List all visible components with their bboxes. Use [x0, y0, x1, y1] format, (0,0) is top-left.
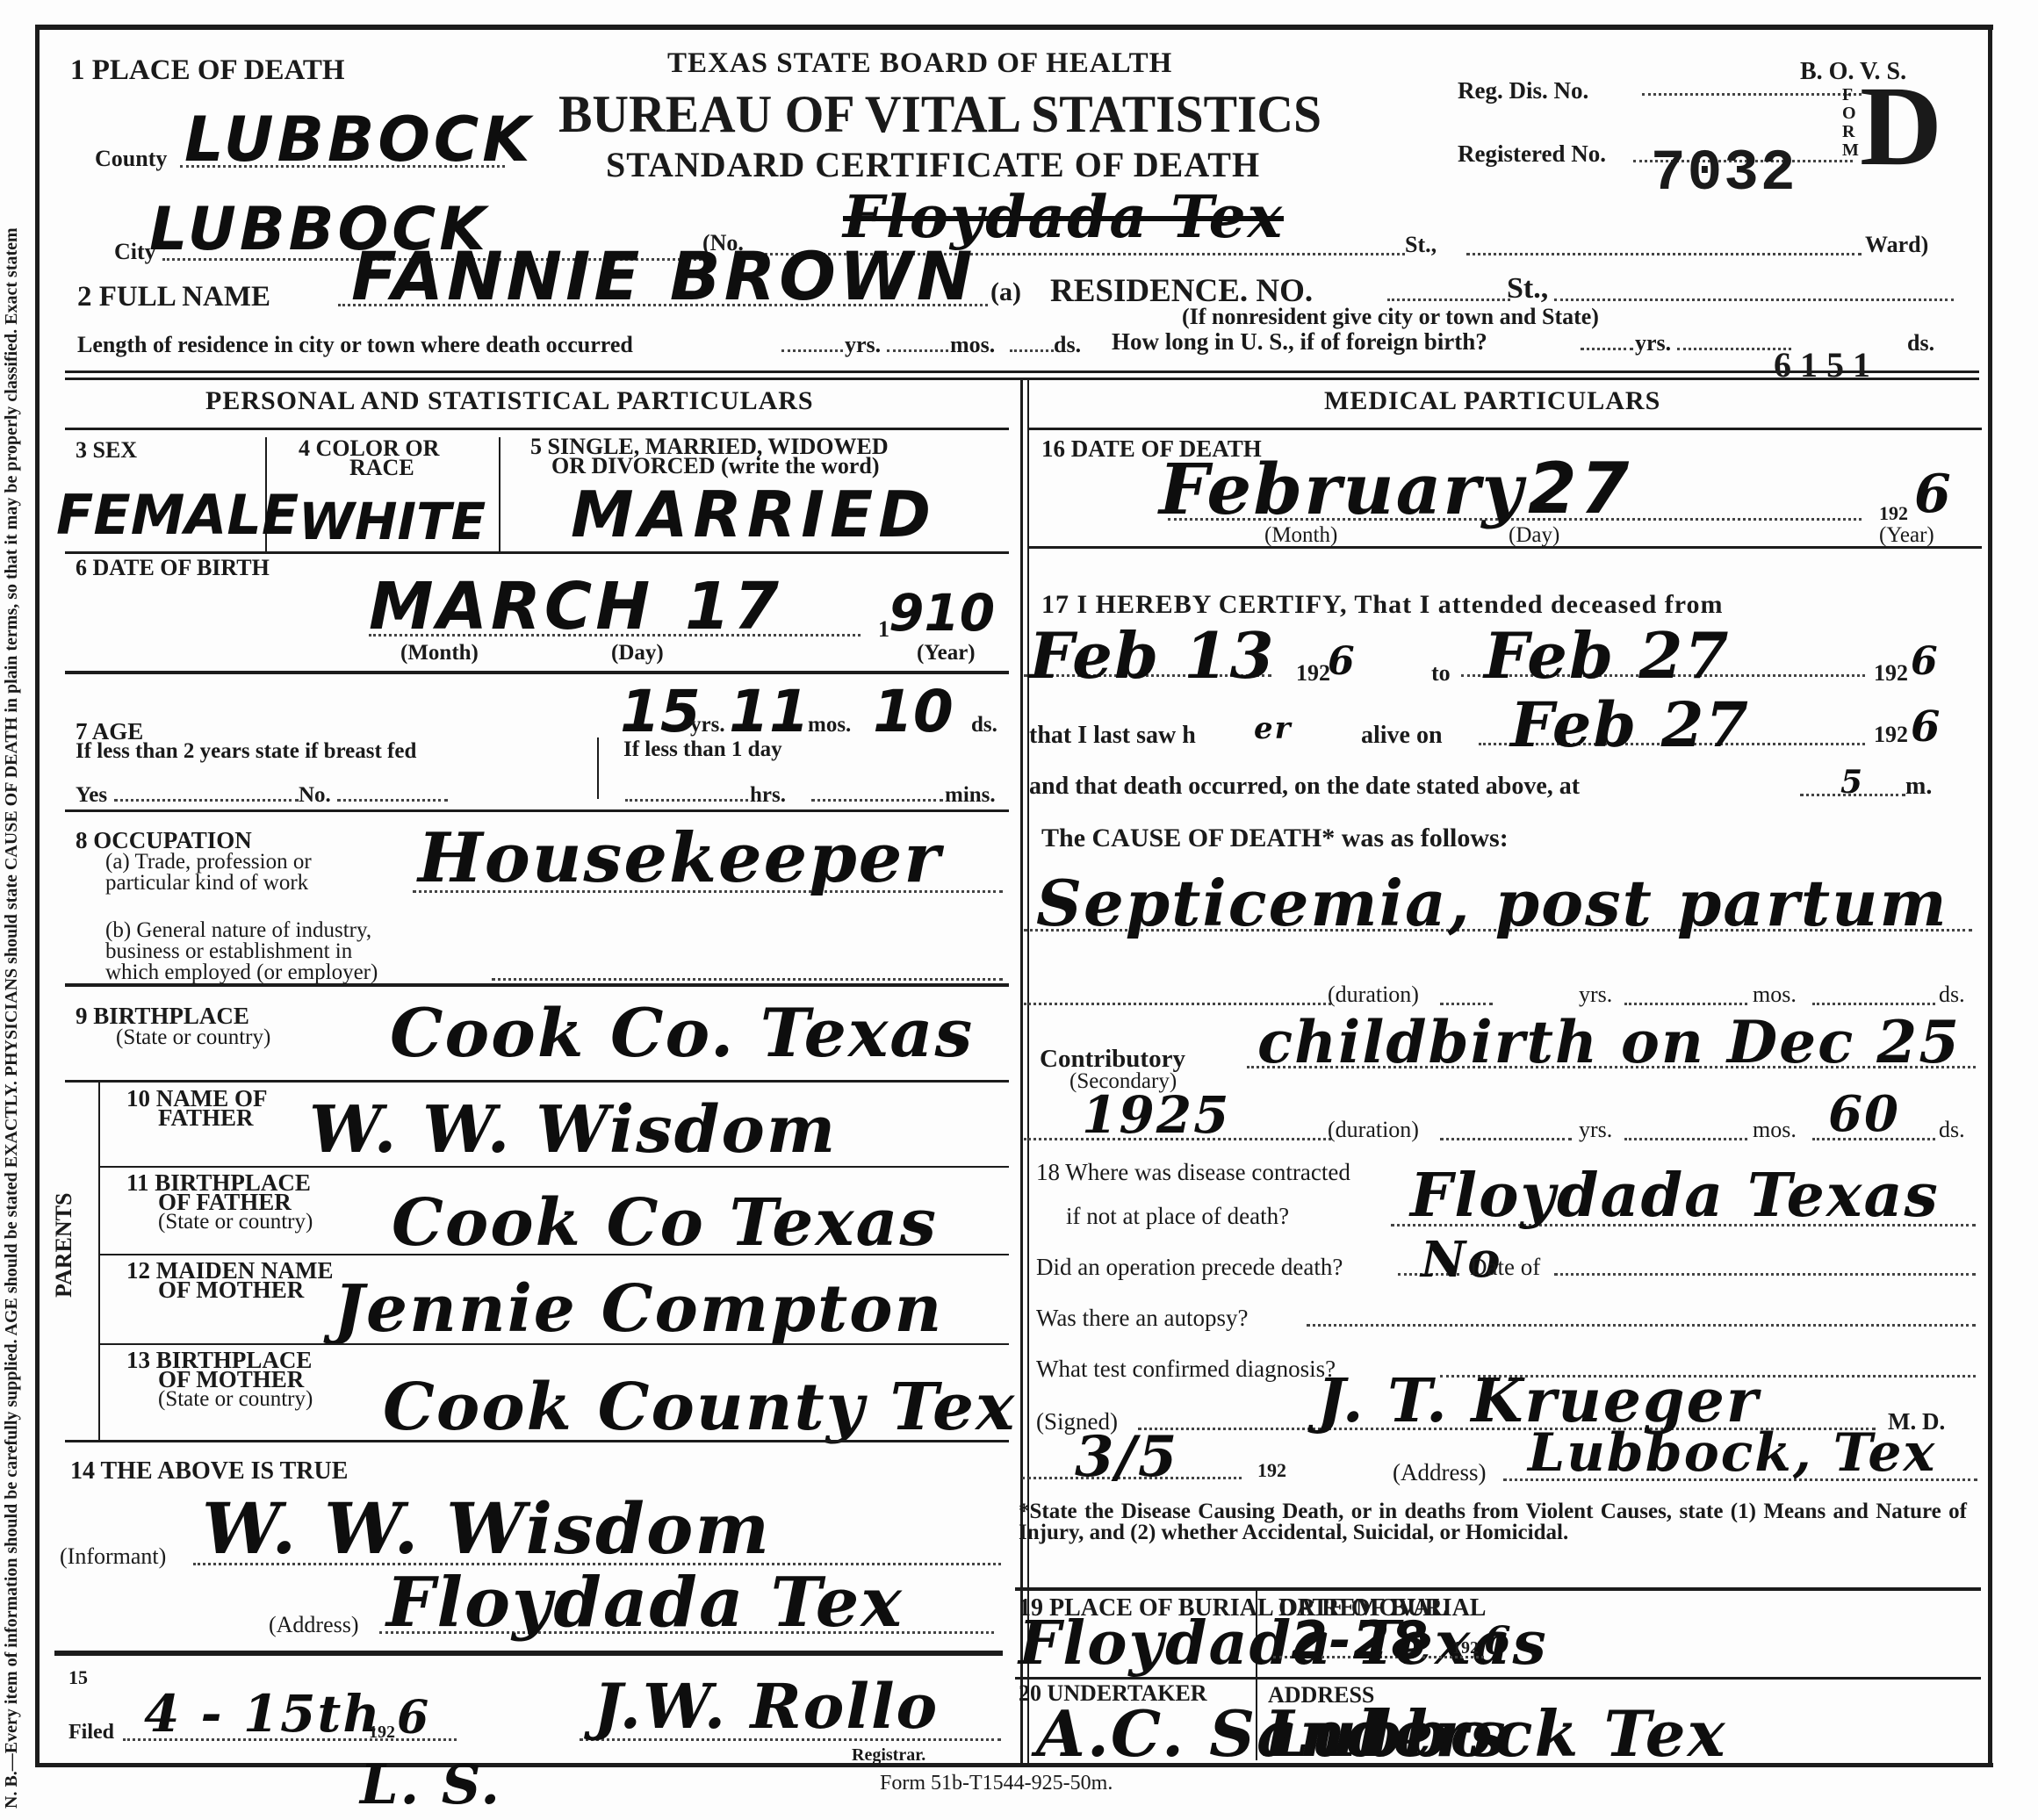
row-rule-3 — [65, 551, 1009, 554]
reg-dis-line — [1642, 93, 1862, 96]
row-rule-7 — [65, 1080, 1009, 1083]
age-mos-label: mos. — [808, 713, 851, 737]
test-label: What test confirmed diagnosis? — [1036, 1356, 1336, 1383]
dod-year-caption: (Year) — [1879, 523, 1934, 548]
nonresident-note: (If nonresident give city or town and St… — [1182, 304, 1599, 330]
med-rule-2 — [1029, 546, 1982, 549]
contracted-label-2: if not at place of death? — [1066, 1203, 1289, 1230]
birthplace-sub: (State or country) — [116, 1025, 270, 1050]
row-rule-12 — [54, 1651, 1003, 1656]
alive-on-label: alive on — [1361, 722, 1443, 750]
mins-label: mins. — [945, 783, 996, 808]
board-title: TEXAS STATE BOARD OF HEALTH — [667, 47, 1172, 80]
frame-left — [35, 25, 40, 1767]
dob-day: 17 — [685, 569, 782, 644]
contrib-yrs: yrs. — [1579, 1117, 1612, 1143]
personal-rule — [65, 428, 1009, 430]
sex-value: FEMALE — [56, 483, 299, 547]
no-label-breast: No. — [299, 783, 331, 808]
contracted-label: 18 Where was disease contracted — [1036, 1159, 1350, 1186]
cause-label: The CAUSE OF DEATH* was as follows: — [1041, 824, 1509, 853]
signed-date: 3/5 — [1075, 1424, 1178, 1490]
age-years: 15 — [620, 678, 701, 745]
burial-year: 6 — [1484, 1619, 1513, 1664]
signed-year: 192 — [1257, 1459, 1286, 1482]
burial-rule — [1015, 1587, 1981, 1591]
certificate-title: STANDARD CERTIFICATE OF DEATH — [606, 144, 1260, 185]
residence-st-label: St., — [1507, 272, 1548, 306]
res-ds-line — [1010, 349, 1054, 352]
medical-rule — [1029, 428, 1982, 430]
age-divider — [597, 737, 599, 799]
mins-line — [811, 799, 943, 802]
cause-value: Septicemia, post partum — [1036, 866, 1948, 940]
dod-year: 6 — [1914, 464, 1953, 525]
row-rule-4 — [65, 671, 1009, 674]
contrib-ds: ds. — [1939, 1117, 1965, 1143]
autopsy-label: Was there an autopsy? — [1036, 1305, 1248, 1332]
residence-no-line — [1387, 299, 1510, 301]
informant-address-value: Floydada Tex — [386, 1563, 904, 1643]
attend-from: Feb 13 — [1029, 618, 1276, 693]
mother-birthplace-value: Cook County Tex — [383, 1370, 1016, 1445]
contributory-days: 60 — [1828, 1085, 1900, 1143]
county-label: County — [95, 146, 167, 172]
marital-value: MARRIED — [571, 478, 936, 551]
operation-label: Did an operation precede death? — [1036, 1254, 1343, 1281]
cause-duration-label: (duration) — [1328, 982, 1419, 1008]
contrib-duration-label: (duration) — [1328, 1117, 1419, 1143]
contrib-duration-line — [1024, 1138, 1331, 1140]
last-saw-year: 6 — [1911, 702, 1941, 752]
foreign-yrs: yrs. — [1635, 330, 1671, 356]
father-value: W. W. Wisdom — [309, 1092, 837, 1168]
yes-label: Yes — [76, 783, 107, 808]
reg-dis-label: Reg. Dis. No. — [1458, 77, 1588, 104]
filed-label: Filed — [68, 1721, 114, 1744]
contrib-mos-line — [1624, 1138, 1747, 1140]
initials: L. S. — [360, 1752, 501, 1816]
father-birthplace-value: Cook Co Texas — [392, 1185, 938, 1261]
registrar-signature: J.W. Rollo — [594, 1670, 939, 1743]
residence-prefix: (a) — [990, 277, 1021, 307]
to-label: to — [1431, 660, 1451, 687]
residence-st-line — [1554, 299, 1954, 301]
occ-a-2: particular kind of work — [105, 871, 308, 896]
form-letter-d: D — [1860, 74, 1942, 179]
last-saw-text: that I last saw h — [1029, 722, 1196, 750]
row-rule-6 — [65, 983, 1009, 987]
race-marital-divider — [499, 437, 500, 553]
dod-month-caption: (Month) — [1264, 523, 1337, 548]
cause-ds: ds. — [1939, 982, 1965, 1008]
cause-footnote: *State the Disease Causing Death, or in … — [1019, 1501, 1967, 1543]
marital-label-2: OR DIVORCED (write the word) — [551, 453, 880, 479]
age-yrs-label: yrs. — [690, 713, 725, 737]
informant-address-label: (Address) — [269, 1612, 359, 1638]
filed-year: 6 — [397, 1691, 430, 1744]
age-months: 11 — [729, 678, 810, 745]
birthplace-value: Cook Co. Texas — [390, 994, 974, 1072]
dob-month-caption: (Month) — [400, 641, 479, 665]
m-label: m. — [1905, 773, 1932, 801]
registered-label: Registered No. — [1458, 140, 1606, 168]
row-rule-9 — [98, 1254, 1009, 1255]
row-rule-10 — [98, 1343, 1009, 1345]
race-label-2: RACE — [349, 455, 414, 481]
dob-label: 6 DATE OF BIRTH — [76, 555, 270, 581]
medical-section-title: MEDICAL PARTICULARS — [1324, 386, 1660, 416]
res-mos: mos. — [950, 332, 995, 358]
frame-top — [35, 25, 1993, 30]
center-divider-2 — [1027, 378, 1029, 1765]
dob-day-caption: (Day) — [611, 641, 664, 665]
center-divider-1 — [1020, 378, 1023, 1765]
registrar-label: Registrar. — [852, 1745, 925, 1766]
dob-year-caption: (Year) — [917, 641, 976, 665]
st-label: St., — [1405, 232, 1437, 258]
cause-mos: mos. — [1753, 982, 1797, 1008]
father-bp-sub: (State or country) — [158, 1210, 313, 1234]
full-name-label: 2 FULL NAME — [77, 281, 270, 313]
header-rule-1 — [65, 370, 1979, 373]
dod-day-caption: (Day) — [1509, 523, 1559, 548]
less-day-note: If less than 1 day — [623, 737, 782, 762]
date-of-line — [1554, 1273, 1976, 1276]
occupation-value: Housekeeper — [418, 818, 942, 898]
mother-label-2: OF MOTHER — [158, 1277, 304, 1304]
last-saw-year-prefix: 192 — [1874, 722, 1908, 748]
residence-length-text: Length of residence in city or town wher… — [77, 332, 633, 358]
last-saw-pronoun: er — [1254, 711, 1293, 746]
filed-date: 4 - 15th — [144, 1684, 382, 1744]
burial-date-value: 2-28 — [1291, 1610, 1429, 1672]
margin-note: N. B.—Every item of information should b… — [2, 228, 22, 1809]
res-ds: ds. — [1054, 332, 1081, 358]
dob-year: 910 — [889, 583, 995, 643]
full-name-value: FANNIE BROWN — [351, 237, 976, 315]
registered-number: 7032 — [1651, 140, 1797, 206]
res-yrs-line — [781, 349, 843, 352]
yes-line — [114, 799, 299, 802]
foreign-text: How long in U. S., if of foreign birth? — [1112, 328, 1487, 356]
age-days: 10 — [873, 678, 954, 745]
undertaker-address: Lubbock Tex — [1264, 1696, 1727, 1771]
attend-from-year: 6 — [1328, 639, 1357, 684]
undertaker-rule — [1015, 1677, 1981, 1680]
contracted-value: Floydada Texas — [1410, 1161, 1940, 1231]
dob-month: MARCH — [369, 569, 653, 644]
mother-bp-sub: (State or country) — [158, 1387, 313, 1412]
filed-year-prefix: 192 — [369, 1723, 395, 1743]
true-label: 14 THE ABOVE IS TRUE — [70, 1457, 348, 1485]
certify-text: 17 I HEREBY CERTIFY, That I attended dec… — [1041, 590, 1724, 620]
time-value: 5 — [1840, 764, 1864, 801]
bureau-title: BUREAU OF VITAL STATISTICS — [558, 84, 1321, 145]
informant-value: W. W. Wisdom — [202, 1487, 771, 1570]
contributory-year: 1925 — [1082, 1085, 1230, 1145]
breastfed-note: If less than 2 years state if breast fed — [76, 739, 416, 764]
attend-to-year: 6 — [1911, 639, 1940, 684]
foreign-ds: ds. — [1907, 330, 1934, 356]
attend-to: Feb 27 — [1484, 618, 1731, 693]
personal-section-title: PERSONAL AND STATISTICAL PARTICULARS — [205, 386, 814, 416]
cause-ds-line — [1812, 1003, 1935, 1005]
county-value: LUBBOCK — [184, 104, 533, 176]
foreign-yrs-line — [1581, 348, 1633, 350]
occurred-text: and that death occurred, on the date sta… — [1029, 773, 1580, 801]
father-label-2: FATHER — [158, 1104, 254, 1132]
cause-yrs-line — [1440, 1003, 1493, 1005]
cause-yrs: yrs. — [1579, 982, 1612, 1008]
attend-to-year-prefix: 192 — [1874, 660, 1908, 687]
burial-year-prefix: 192 — [1452, 1638, 1479, 1658]
cause-duration-line — [1024, 1003, 1331, 1005]
hrs-label: hrs. — [750, 783, 786, 808]
row-rule-8 — [98, 1166, 1009, 1168]
cause-mos-line — [1624, 1003, 1747, 1005]
attend-from-year-prefix: 192 — [1296, 660, 1330, 687]
contrib-mos: mos. — [1753, 1117, 1797, 1143]
dod-year-prefix: 192 — [1879, 502, 1908, 525]
dod-day: 27 — [1528, 448, 1632, 529]
occ-b-3: which employed (or employer) — [105, 960, 378, 985]
race-value: WHITE — [299, 492, 486, 551]
autopsy-line — [1307, 1324, 1976, 1327]
parents-divider — [98, 1082, 100, 1442]
res-mos-line — [887, 349, 948, 352]
employer-line — [492, 978, 1003, 981]
physician-address: Lubbock, Tex — [1528, 1422, 1936, 1484]
last-saw-date: Feb 27 — [1510, 688, 1750, 761]
form-number: Form 51b-T1544-925-50m. — [880, 1772, 1113, 1795]
ward-line — [1466, 253, 1862, 255]
informant-label: (Informant) — [60, 1543, 166, 1570]
contrib-yrs-line — [1440, 1138, 1572, 1140]
no-line — [337, 799, 448, 802]
parents-label: PARENTS — [51, 1193, 77, 1298]
res-yrs: yrs. — [845, 332, 881, 358]
place-of-death-label: 1 PLACE OF DEATH — [70, 54, 345, 87]
sex-label: 3 SEX — [76, 437, 137, 464]
mother-value: Jennie Compton — [334, 1271, 943, 1347]
date-of-label: Date of — [1470, 1254, 1540, 1281]
filed-number: 15 — [68, 1666, 88, 1689]
contributory-value: childbirth on Dec 25 — [1257, 1008, 1961, 1076]
age-ds-label: ds. — [971, 713, 997, 737]
physician-address-label: (Address) — [1393, 1459, 1486, 1486]
row-rule-5 — [65, 809, 1009, 812]
hrs-line — [625, 799, 748, 802]
frame-right — [1988, 25, 1992, 1763]
form-vertical-letters: FORM — [1842, 86, 1860, 160]
dod-month: February — [1159, 448, 1524, 530]
row-rule-11 — [65, 1440, 1009, 1442]
ward-label: Ward) — [1865, 232, 1928, 258]
